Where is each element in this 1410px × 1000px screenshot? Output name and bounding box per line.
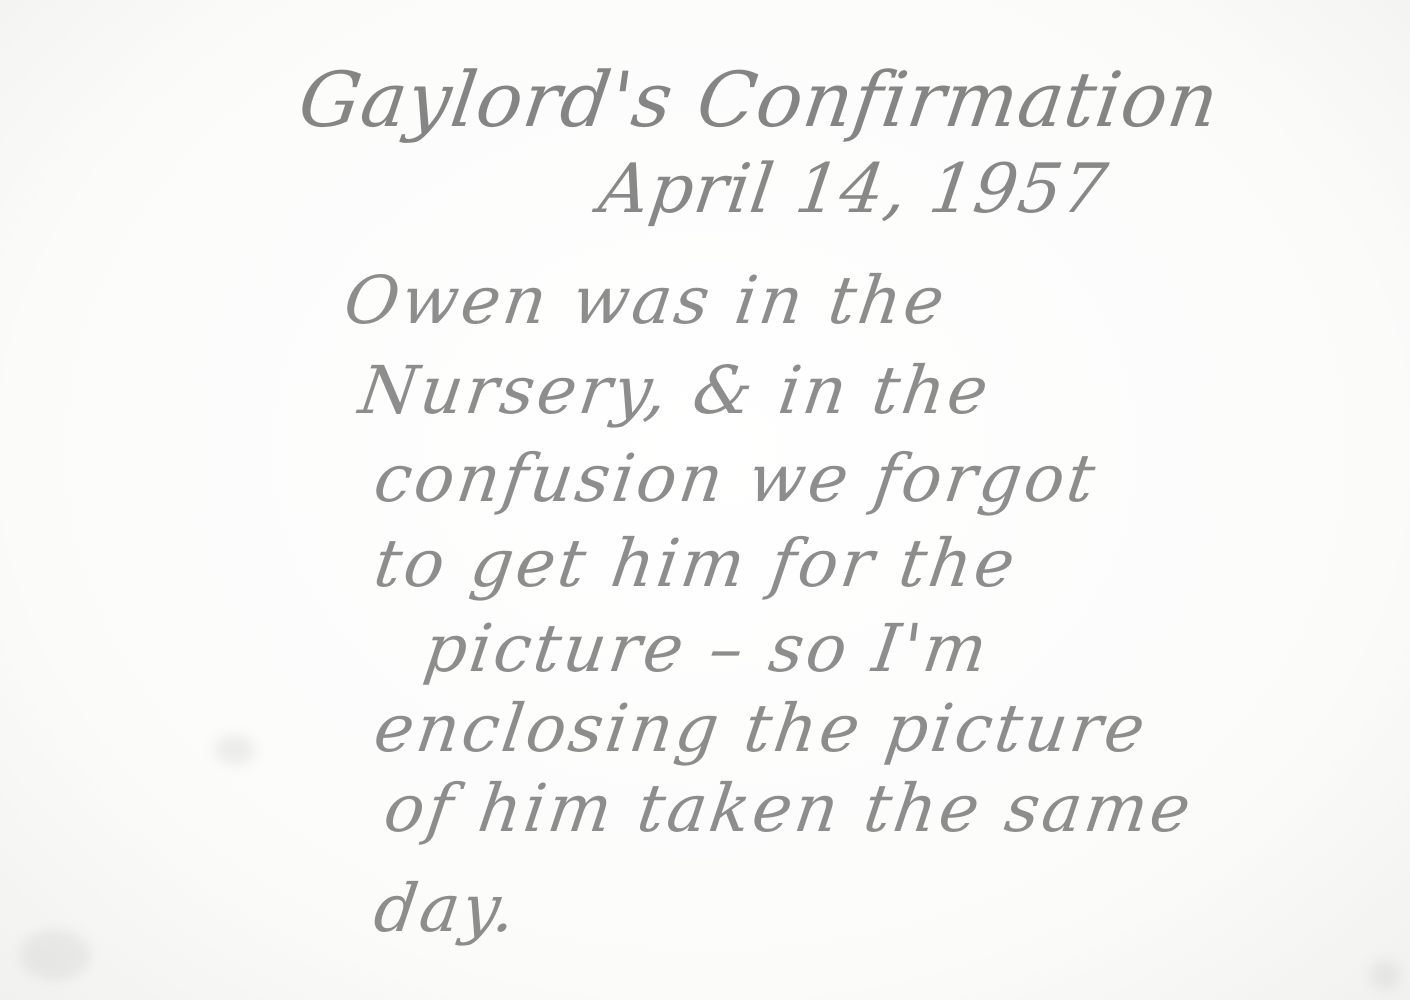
paper-smudge	[1370, 960, 1400, 990]
note-body-line: to get him for the	[370, 525, 1023, 602]
note-body-line: of him taken the same	[380, 770, 1198, 847]
note-body-line: confusion we forgot	[370, 440, 1103, 517]
paper-smudge	[215, 735, 255, 765]
note-body-line: enclosing the picture	[370, 690, 1153, 767]
paper-smudge	[20, 930, 90, 980]
handwritten-note-page: Gaylord's Confirmation April 14, 1957 Ow…	[0, 0, 1410, 1000]
note-body-line: picture – so I'm	[420, 610, 995, 687]
note-title: Gaylord's Confirmation	[294, 55, 1225, 144]
note-body-line: Nursery, & in the	[355, 352, 996, 429]
note-body-line: Owen was in the	[340, 262, 952, 339]
note-body-line: day.	[370, 870, 524, 947]
note-date: April 14, 1957	[594, 150, 1112, 229]
